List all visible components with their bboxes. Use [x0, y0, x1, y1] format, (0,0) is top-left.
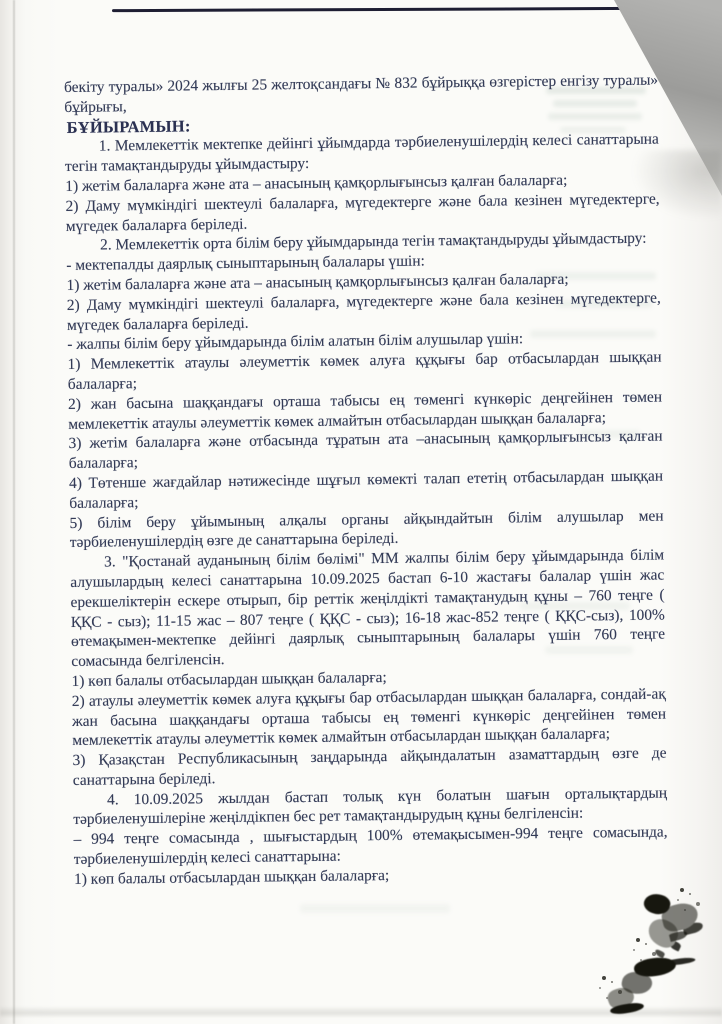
order-paragraph: 2) атаулы әлеуметтік көмек алуға құқығы … — [72, 684, 667, 751]
ink-speck — [680, 888, 684, 892]
document-text: бекіту туралы» 2024 жылғы 25 желтоқсанда… — [64, 71, 668, 890]
bleed-through-text — [300, 904, 450, 913]
scan-edge-line — [112, 7, 649, 12]
paper-crease-line — [13, 0, 15, 1024]
scanned-document-page: бекіту туралы» 2024 жылғы 25 желтоқсанда… — [0, 0, 722, 1024]
ink-speck — [602, 976, 606, 980]
ink-smudge — [596, 880, 716, 1020]
order-paragraph: 3. "Қостанай ауданының білім бөлімі" ММ … — [70, 546, 665, 672]
ink-speck — [636, 938, 640, 942]
